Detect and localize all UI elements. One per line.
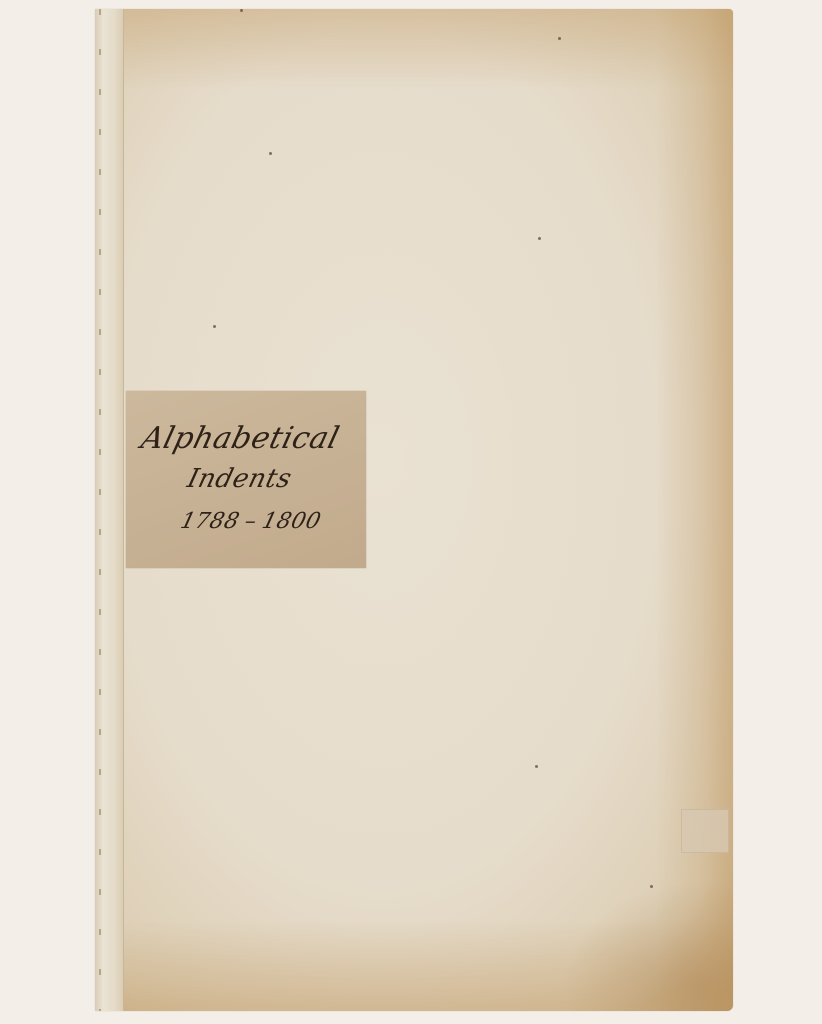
title-label: Alphabetical Indents 1788–1800	[126, 391, 366, 568]
date-separator: –	[242, 509, 260, 534]
label-date-range: 1788–1800	[178, 509, 324, 534]
label-title: Alphabetical	[138, 421, 343, 456]
label-subtitle: Indents	[184, 464, 295, 494]
speck	[558, 37, 561, 40]
document-cover: Alphabetical Indents 1788–1800	[95, 9, 733, 1011]
speck	[213, 325, 216, 328]
date-start: 1788	[178, 509, 242, 534]
speck	[240, 9, 243, 12]
date-end: 1800	[259, 509, 323, 534]
speck	[269, 152, 272, 155]
speck	[538, 237, 541, 240]
speck	[650, 885, 653, 888]
speck	[535, 765, 538, 768]
spine-stitching	[99, 9, 101, 1011]
water-stain	[563, 881, 733, 1011]
repair-patch	[681, 809, 729, 853]
binding-spine	[95, 9, 124, 1011]
